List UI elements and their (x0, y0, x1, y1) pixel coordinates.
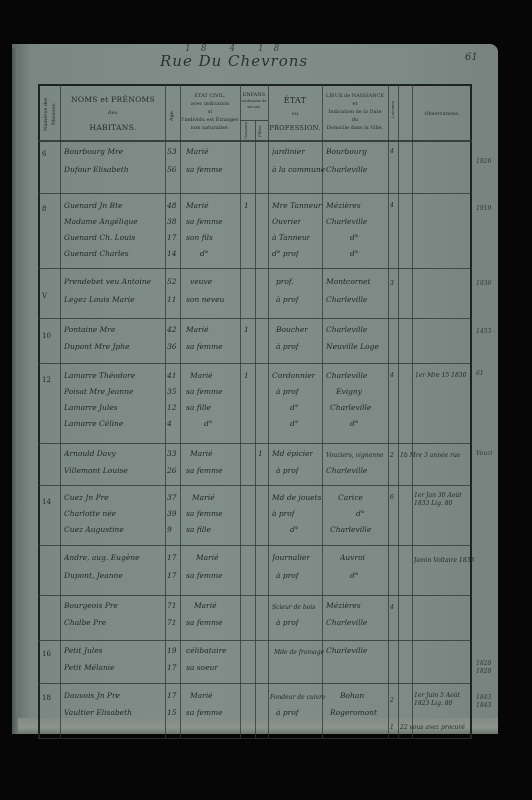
resident-name: Andre, aug. Eugène (64, 552, 140, 564)
birthplace: d° (350, 570, 359, 582)
civil-status: sa femme (186, 465, 223, 477)
resident-name: Guenard Jn Bte (64, 200, 123, 212)
row-divider (38, 595, 472, 596)
profession: à prof (276, 707, 299, 719)
age: 26 (167, 465, 177, 477)
row-divider (38, 443, 472, 444)
header-noms-line3: HABITANS. (62, 123, 164, 132)
margin-note: 1926 (476, 158, 491, 165)
folio-number: 61 (465, 52, 478, 63)
age: 38 (167, 216, 177, 228)
profession: d° (290, 402, 299, 414)
profession: à prof (272, 508, 295, 520)
age: 14 (167, 248, 177, 260)
observation-note: Jamin Voltaire 1833 (414, 555, 474, 567)
resident-name: Vaultier Elisabeth (64, 707, 132, 719)
margin-note: 1843 1843 (476, 694, 496, 710)
profession: à prof (276, 617, 299, 629)
civil-status: sa femme (186, 617, 223, 629)
civil-status: Marié (190, 690, 213, 702)
civil-status: sa femme (186, 707, 223, 719)
house-number: 14 (42, 496, 51, 508)
header-etat-line1: ÉTAT (268, 96, 322, 105)
header-enfans: ENFANS au-dessous de six ans. (240, 92, 268, 110)
row-divider (38, 193, 472, 194)
header-divider (38, 140, 472, 142)
resident-name: Lamarre Jules (64, 402, 118, 414)
civil-status: Marié (196, 552, 219, 564)
observation-note: 1b Mre 3 année rue (400, 450, 472, 462)
header-etat-line2: ou (268, 110, 322, 119)
profession: Md de jouets (272, 492, 321, 504)
observation-note: 1er Jan 30 Août 1833 Lig. 80 (414, 492, 472, 508)
lacune-value: 4 (390, 146, 394, 158)
header-observations: Observations. (412, 110, 472, 118)
civil-status: d° (200, 248, 209, 260)
header-noms-line1: NOMS et PRÉNOMS (62, 95, 164, 104)
header-filles: Filles. (256, 123, 268, 139)
profession: Cordonnier (272, 370, 315, 382)
boys-count: 1 (244, 200, 249, 212)
civil-status: Marié (186, 200, 209, 212)
header-etat-civil-line2: avec indication (181, 100, 239, 108)
age: 12 (167, 402, 177, 414)
header-enfans-line2: au-dessous de six ans. (240, 98, 268, 110)
resident-name: Dauvois Jn Pre (64, 690, 120, 702)
birthplace: Charleville (326, 645, 367, 657)
profession: Md épicier (272, 448, 313, 460)
header-lieux-line1: LIEUX de NAISSANCE (322, 92, 388, 100)
resident-name: Dupont Mre Jphe (64, 341, 130, 353)
margin-note: 1919 (476, 205, 491, 212)
civil-status: son neveu (186, 294, 224, 306)
lacune-value: 2 (390, 695, 394, 707)
civil-status: Marié (190, 370, 213, 382)
lacune-value: 3 (390, 278, 394, 290)
birthplace: Charleville (326, 370, 367, 382)
house-number: 8 (42, 203, 46, 215)
age: 71 (167, 600, 177, 612)
table-bottom-line (38, 738, 472, 739)
civil-status: Marié (186, 146, 209, 158)
row-divider (38, 318, 472, 319)
header-numero: Numéros des Maisons. (42, 92, 56, 136)
observation-note: 1er Mre 15 1830 (415, 370, 466, 382)
birthplace: Carice (338, 492, 363, 504)
age: 41 (167, 370, 177, 382)
margin-note: 61 (476, 370, 484, 377)
margin-note: Vouzi (476, 450, 492, 457)
header-lieux-line2: et (322, 100, 388, 108)
header-noms: NOMS et PRÉNOMS des HABITANS. (62, 95, 164, 132)
birthplace: Charleville (326, 216, 367, 228)
age: 35 (167, 386, 177, 398)
civil-status: Marié (192, 492, 215, 504)
civil-status: Marié (190, 448, 213, 460)
resident-name: Legez Louis Marie (64, 294, 135, 306)
header-lieux-line4: du (322, 116, 388, 124)
street-heading: Rue Du Chevrons (160, 52, 308, 70)
birthplace: Mézières (326, 600, 361, 612)
col-divider (255, 120, 256, 738)
civil-status: sa femme (186, 164, 223, 176)
header-noms-line2: des (62, 109, 164, 118)
header-etat-civil-line4: l'individu est Étranger (181, 116, 239, 124)
profession: Ouvrier (272, 216, 301, 228)
age: 53 (167, 146, 177, 158)
age: 42 (167, 324, 177, 336)
birthplace: d° (350, 232, 359, 244)
lacune-value: 2 (390, 450, 394, 462)
birthplace: Charleville (326, 465, 367, 477)
civil-status: sa fille (186, 402, 211, 414)
resident-name: Cuez Jn Pre (64, 492, 109, 504)
age: 36 (167, 341, 177, 353)
row-divider (38, 363, 472, 364)
profession: jardinier (272, 146, 305, 158)
page-binding-fold (12, 48, 18, 734)
resident-name: Arnould Davy (64, 448, 116, 460)
girls-count: 1 (258, 448, 263, 460)
resident-name: Madame Angélique (64, 216, 138, 228)
birthplace: Charleville (330, 402, 371, 414)
profession: Journalier (272, 552, 310, 564)
profession: Mre Tanneur (272, 200, 322, 212)
birthplace: Charleville (326, 617, 367, 629)
lacune-value: 6 (390, 492, 394, 504)
margin-note: 1453 - (476, 328, 495, 335)
resident-name: Chalbe Pre (64, 617, 106, 629)
birthplace: Rogeromont (330, 707, 377, 719)
civil-status: sa femme (186, 386, 223, 398)
resident-name: Charlotte née (64, 508, 116, 520)
row-divider (38, 485, 472, 486)
observation-note: 1er Juin 5 Août 1823 Lig. 80 (414, 692, 472, 708)
birthplace: Charleville (326, 324, 367, 336)
header-garcons: Garçons. (242, 123, 254, 139)
birthplace: Montcornet (326, 276, 371, 288)
row-divider (38, 268, 472, 269)
profession: prof. (276, 276, 294, 288)
boys-count: 1 (244, 370, 249, 382)
civil-status: Marié (186, 324, 209, 336)
resident-name: Bourgeois Pre (64, 600, 118, 612)
header-lacunes: Lacunes. (389, 94, 398, 124)
profession: d° prof (272, 248, 299, 260)
profession: à prof (276, 294, 299, 306)
profession: à la commune (272, 164, 325, 176)
resident-name: Lamarre Céline (64, 418, 123, 430)
age: 56 (167, 164, 177, 176)
birthplace: Bohan (340, 690, 364, 702)
resident-name: Pontaine Mre (64, 324, 115, 336)
birthplace: Neuville Loge (326, 341, 379, 353)
house-number: V (42, 290, 47, 302)
age: 39 (167, 508, 177, 520)
house-number: 10 (42, 330, 51, 342)
age: 17 (167, 662, 177, 674)
birthplace: Mézières (326, 200, 361, 212)
birthplace: Bourbourg (326, 146, 367, 158)
age: 9 (167, 524, 172, 536)
house-number: 18 (42, 692, 51, 704)
civil-status: célibataire (186, 645, 227, 657)
resident-name: Bourbourg Mre (64, 146, 123, 158)
resident-name: Poisat Mre Jeanne (64, 386, 133, 398)
header-etat-civil: ÉTAT CIVIL, avec indication si l'individ… (181, 92, 239, 132)
resident-name: Petit Jules (64, 645, 102, 657)
age: 19 (167, 645, 177, 657)
civil-status: sa femme (186, 570, 223, 582)
resident-name: Guenard Ch. Louis (64, 232, 135, 244)
header-lieux: LIEUX de NAISSANCE et Indication de la D… (322, 92, 388, 132)
house-number: 6 (42, 148, 46, 160)
house-number: 12 (42, 374, 51, 386)
profession: à prof (276, 341, 299, 353)
age: 37 (167, 492, 177, 504)
age: 17 (167, 690, 177, 702)
birthplace: Evigny (336, 386, 362, 398)
resident-name: Dupont, Jeanne (64, 570, 123, 582)
resident-name: Cuez Augustine (64, 524, 124, 536)
resident-name: Petit Mélanie (64, 662, 115, 674)
birthplace: d° (350, 248, 359, 260)
birthplace: Vouziers, vignenne (326, 450, 384, 462)
birthplace: d° (356, 508, 365, 520)
header-etat-profession: ÉTAT ou PROFESSION. (268, 96, 322, 133)
age: 17 (167, 552, 177, 564)
resident-name: Lamarre Théodore (64, 370, 135, 382)
birthplace: Charleville (326, 294, 367, 306)
header-etat-civil-line5: non naturalisé. (181, 124, 239, 132)
birthplace: Charleville (326, 164, 367, 176)
birthplace: Auvroi (340, 552, 365, 564)
civil-status: sa femme (186, 508, 223, 520)
age: 17 (167, 232, 177, 244)
lacune-value: 4 (390, 602, 394, 614)
header-etat-civil-line1: ÉTAT CIVIL, (181, 92, 239, 100)
profession: Mde de fromage (274, 647, 324, 659)
profession: Scieur de bois (272, 602, 315, 614)
age: 15 (167, 707, 177, 719)
header-lieux-line5: Domicile dans la Ville. (322, 124, 388, 132)
header-etat-line3: PROFESSION. (268, 124, 322, 133)
age: 71 (167, 617, 177, 629)
profession: Fondeur de cuivre (270, 692, 326, 704)
profession: à Tanneur (272, 232, 310, 244)
margin-note: 1828 1828 (476, 660, 496, 676)
profession: d° (290, 524, 299, 536)
margin-note: 1936 (476, 280, 491, 287)
resident-name: Guenard Charles (64, 248, 129, 260)
civil-status: sa femme (186, 341, 223, 353)
civil-status: sa femme (186, 216, 223, 228)
birthplace: d° (350, 418, 359, 430)
birthplace: Charleville (330, 524, 371, 536)
age: 48 (167, 200, 177, 212)
profession: à prof (276, 570, 299, 582)
boys-count: 1 (244, 324, 249, 336)
profession: Boucher (276, 324, 308, 336)
civil-status: Marié (194, 600, 217, 612)
profession: à prof (276, 386, 299, 398)
row-divider (38, 545, 472, 546)
footer-note: 22 vous avez procuré (400, 722, 465, 734)
resident-name: Dufour Elisabeth (64, 164, 129, 176)
profession: à prof (276, 465, 299, 477)
row-divider (38, 683, 472, 684)
header-lieux-line3: Indication de la Date (322, 108, 388, 116)
civil-status: son fils (186, 232, 213, 244)
civil-status: d° (204, 418, 213, 430)
row-divider (38, 640, 472, 641)
civil-status: veuve (190, 276, 212, 288)
header-etat-civil-line3: si (181, 108, 239, 116)
age: 33 (167, 448, 177, 460)
age: 4 (167, 418, 172, 430)
civil-status: sa fille (186, 524, 211, 536)
profession: d° (290, 418, 299, 430)
age: 17 (167, 570, 177, 582)
resident-name: Prendebet veu Antoine (64, 276, 151, 288)
house-number: 16 (42, 648, 51, 660)
lacune-value: 4 (390, 200, 394, 212)
lacune-value: 4 (390, 370, 394, 382)
resident-name: Villemont Louise (64, 465, 128, 477)
civil-status: sa soeur (186, 662, 218, 674)
header-age: Age. (168, 100, 178, 130)
age: 11 (167, 294, 177, 306)
footer-number: 1 (390, 722, 394, 734)
age: 52 (167, 276, 177, 288)
